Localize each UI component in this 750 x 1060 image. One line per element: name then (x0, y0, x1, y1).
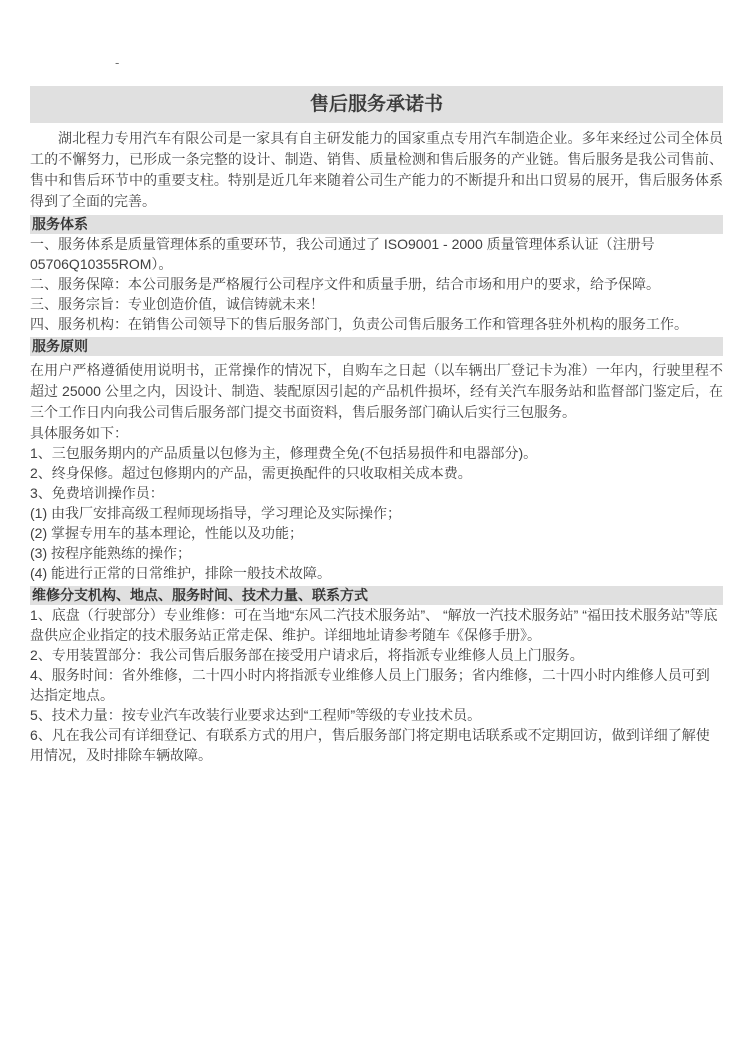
list-item: 3、免费培训操作员： (30, 483, 723, 503)
list-item: 三、服务宗旨：专业创造价值，诚信铸就未来！ (30, 294, 723, 314)
section-heading-repair-branches: 维修分支机构、地点、服务时间、技术力量、联系方式 (30, 586, 723, 605)
list-item: 二、服务保障：本公司服务是严格履行公司程序文件和质量手册，结合市场和用户的要求，… (30, 274, 723, 294)
list-item: 2、专用装置部分：我公司售后服务部在接受用户请求后，将指派专业维修人员上门服务。 (30, 645, 723, 665)
list-item: (3) 按程序能熟练的操作； (30, 543, 723, 563)
list-item: 1、底盘（行驶部分）专业维修：可在当地“东风二汽技术服务站”、 “解放一汽技术服… (30, 605, 723, 645)
list-item: (1) 由我厂安排高级工程师现场指导，学习理论及实际操作； (30, 503, 723, 523)
list-item: 四、服务机构：在销售公司领导下的售后服务部门，负责公司售后服务工作和管理各驻外机… (30, 314, 723, 334)
list-item: 2、终身保修。超过包修期内的产品，需更换配件的只收取相关成本费。 (30, 463, 723, 483)
list-item: 4、服务时间：省外维修，二十四小时内将指派专业维修人员上门服务；省内维修，二十四… (30, 665, 723, 705)
list-item: 6、凡在我公司有详细登记、有联系方式的用户，售后服务部门将定期电话联系或不定期回… (30, 725, 723, 765)
list-item: 5、技术力量：按专业汽车改装行业要求达到“工程师”等级的专业技术员。 (30, 705, 723, 725)
intro-paragraph: 湖北程力专用汽车有限公司是一家具有自主研发能力的国家重点专用汽车制造企业。多年来… (30, 128, 723, 212)
document-title: 售后服务承诺书 (30, 86, 723, 123)
list-item: 1、三包服务期内的产品质量以包修为主，修理费全免(不包括易损件和电器部分)。 (30, 443, 723, 463)
section-heading-service-principles: 服务原则 (30, 337, 723, 356)
document-body: 售后服务承诺书 湖北程力专用汽车有限公司是一家具有自主研发能力的国家重点专用汽车… (30, 86, 723, 765)
stray-dash: - (115, 55, 118, 70)
section-heading-service-system: 服务体系 (30, 215, 723, 234)
list-item: 一、服务体系是质量管理体系的重要环节，我公司通过了 ISO9001 - 2000… (30, 234, 723, 274)
list-item: (2) 掌握专用车的基本理论，性能以及功能； (30, 523, 723, 543)
subtitle: 具体服务如下： (30, 423, 723, 443)
list-item: (4) 能进行正常的日常维护，排除一般技术故障。 (30, 563, 723, 583)
principles-paragraph: 在用户严格遵循使用说明书，正常操作的情况下，自购车之日起（以车辆出厂登记卡为准）… (30, 360, 723, 423)
